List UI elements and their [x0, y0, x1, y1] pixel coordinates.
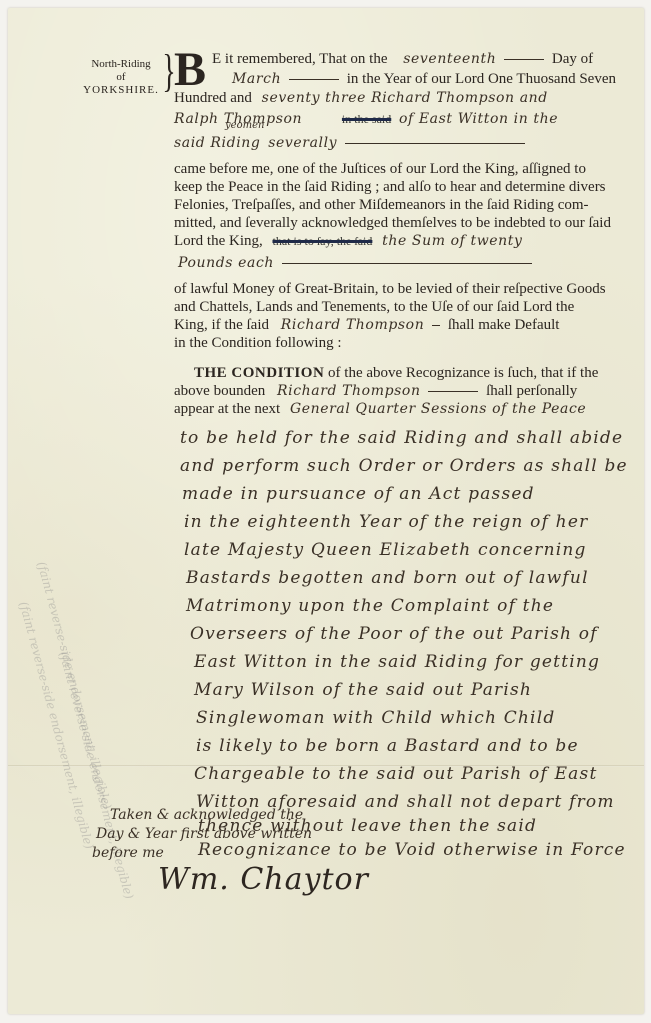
- manuscript-line: Chargeable to the said out Parish of Eas…: [194, 764, 597, 784]
- printed-text: Day of: [552, 51, 593, 67]
- attestation-line-3: before me: [92, 844, 164, 862]
- filled-riding: said Riding: [174, 135, 260, 151]
- handwritten-pounds-line: Pounds each: [178, 254, 536, 272]
- body-line-3: Felonies, Treſpaſſes, and other Miſdemea…: [174, 196, 589, 214]
- manuscript-line: in the eighteenth Year of the reign of h…: [184, 512, 588, 532]
- manuscript-line: and perform such Order or Orders as shal…: [180, 456, 628, 476]
- county-line-1: North-Riding: [80, 58, 162, 71]
- filled-sum: the Sum of twenty: [382, 233, 522, 249]
- manuscript-line: East Witton in the said Riding for getti…: [194, 652, 600, 672]
- printed-text: Hundred and: [174, 90, 252, 106]
- body-line-1: came before me, one of the Juſtices of o…: [174, 160, 586, 178]
- county-line-2: of: [80, 71, 162, 84]
- justice-signature: Wm. Chaytor: [158, 862, 369, 897]
- attestation-line-1: Taken & acknowledged the: [110, 806, 303, 824]
- dash: [282, 263, 532, 264]
- manuscript-line: Overseers of the Poor of the out Parish …: [190, 624, 598, 644]
- manuscript-line: to be held for the said Riding and shall…: [180, 428, 623, 448]
- struck-text: in the said: [342, 112, 391, 126]
- county-line-3: YORKSHIRE.: [80, 84, 162, 97]
- manuscript-line: Recognizance to be Void otherwise in For…: [198, 840, 626, 860]
- printed-line-3: Hundred and seventy three Richard Thomps…: [174, 89, 548, 107]
- dash: [289, 79, 339, 80]
- handwritten-line-5: said Riding severally: [174, 134, 529, 152]
- printed-text: appear at the next: [174, 401, 280, 417]
- filled-place: of East Witton in the: [399, 111, 558, 127]
- manuscript-line: Bastards begotten and born out of lawful: [186, 568, 589, 588]
- dash: [432, 325, 440, 326]
- condition-following-line: in the Condition following :: [174, 334, 342, 352]
- printed-text: Lord the King,: [174, 233, 263, 249]
- printed-text: above bounden: [174, 383, 265, 399]
- printed-text: King, if the ſaid: [174, 317, 269, 333]
- dash: [428, 391, 478, 392]
- interlined-note: yeomen: [225, 120, 264, 131]
- county-label: North-Riding of YORKSHIRE.: [80, 58, 162, 97]
- printed-line-2: March in the Year of our Lord One Thuosa…: [212, 70, 616, 88]
- printed-text: ſhall make Default: [448, 317, 560, 333]
- money-line-2: and Chattels, Lands and Tenements, to th…: [174, 298, 574, 316]
- manuscript-line: Singlewoman with Child which Child: [196, 708, 555, 728]
- default-line: King, if the ſaid Richard Thompson ſhall…: [174, 316, 559, 334]
- attestation-line-2: Day & Year first above written: [96, 825, 312, 843]
- condition-line-3: appear at the next General Quarter Sessi…: [174, 400, 586, 418]
- dropcap: B: [174, 46, 206, 94]
- manuscript-line: is likely to be born a Bastard and to be: [196, 736, 579, 756]
- printed-text: in the Year of our Lord One Thuosand Sev…: [347, 71, 616, 87]
- filled-month: March: [232, 71, 281, 87]
- filled-day: seventeenth: [403, 51, 496, 67]
- condition-line-2: above bounden Richard Thompson ſhall per…: [174, 382, 577, 400]
- condition-heading: THE CONDITION: [194, 365, 324, 381]
- condition-line-1: THE CONDITION of the above Recognizance …: [194, 364, 598, 382]
- money-line-1: of lawful Money of Great-Britain, to be …: [174, 280, 606, 298]
- printed-text: ſhall perſonally: [486, 383, 577, 399]
- manuscript-line: Mary Wilson of the said out Parish: [194, 680, 532, 700]
- printed-text: E it remembered, That on the: [212, 51, 388, 67]
- printed-line-1: E it remembered, That on the seventeenth…: [212, 50, 593, 68]
- struck-text: that is to ſay, the ſaid: [272, 234, 372, 248]
- filled-severally: severally: [268, 135, 337, 151]
- filled-sessions: General Quarter Sessions of the Peace: [290, 401, 586, 417]
- dash: [345, 143, 525, 144]
- printed-text: of the above Recognizance is ſuch, that …: [328, 365, 598, 381]
- dash: [504, 59, 544, 60]
- body-line-2: keep the Peace in the ſaid Riding ; and …: [174, 178, 606, 196]
- manuscript-line: made in pursuance of an Act passed: [182, 484, 535, 504]
- body-line-4: mitted, and ſeverally acknowledged themſ…: [174, 214, 611, 232]
- manuscript-line: Matrimony upon the Complaint of the: [186, 596, 554, 616]
- filled-principal: Richard Thompson: [281, 317, 425, 333]
- body-line-5: Lord the King, that is to ſay, the ſaid …: [174, 232, 523, 250]
- filled-bounden: Richard Thompson: [277, 383, 421, 399]
- filled-year-names: seventy three Richard Thompson and: [262, 90, 548, 106]
- manuscript-line: late Majesty Queen Elizabeth concerning: [184, 540, 587, 560]
- filled-pounds: Pounds each: [178, 255, 274, 271]
